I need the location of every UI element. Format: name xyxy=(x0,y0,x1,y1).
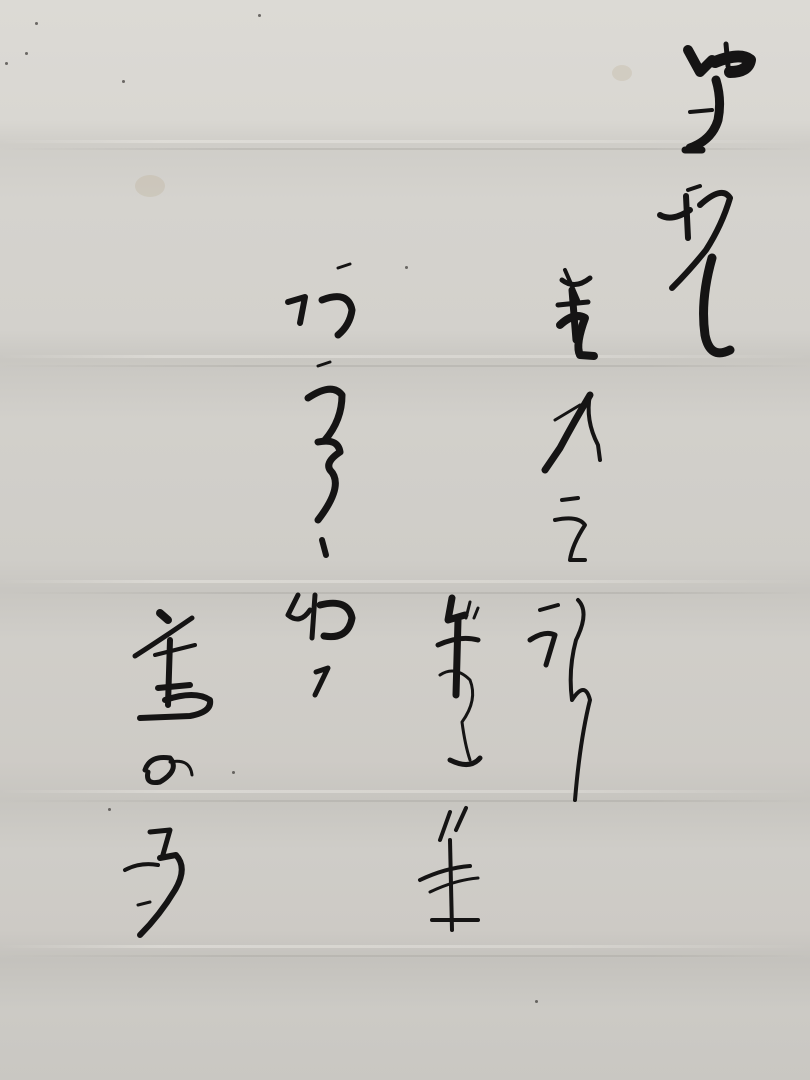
column-3-text: 東ま ハ葉 xyxy=(458,595,459,599)
column-2-strokes xyxy=(530,270,600,800)
column-1-strokes xyxy=(660,44,750,353)
ink-calligraphy xyxy=(0,0,810,1080)
signature-text: 蕉の 翁 xyxy=(165,605,166,608)
column-3-strokes xyxy=(420,598,480,930)
column-4-strokes xyxy=(288,264,352,695)
column-4-text: 行の多ゝ 知ら xyxy=(320,265,321,271)
column-2-text: 春人之 詠ゟ xyxy=(572,265,573,270)
calligraphy-scroll: 竹乃 初て 春人之 詠ゟ 東ま ハ葉 行の多ゝ 知ら 蕉の 翁 xyxy=(0,0,810,1080)
column-1-text: 竹乃 初て xyxy=(705,40,706,44)
column-5-signature-strokes xyxy=(125,613,210,935)
